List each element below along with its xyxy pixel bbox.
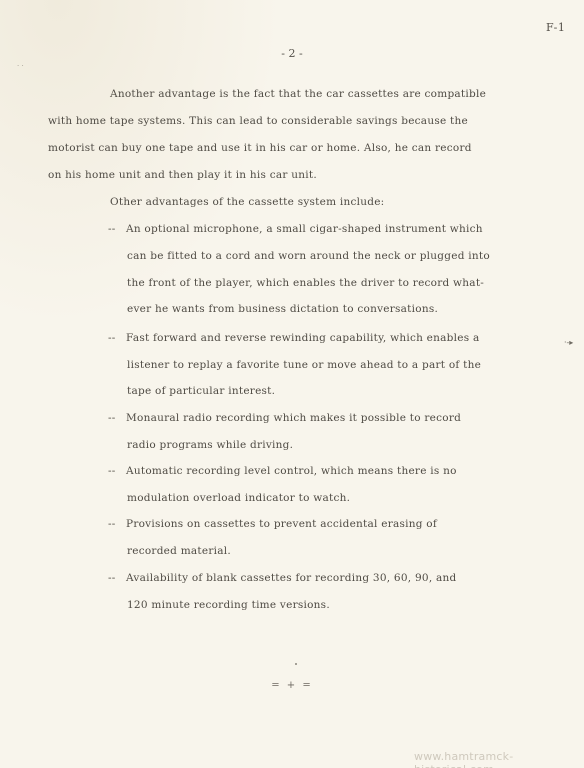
list-item-continuation: can be fitted to a cord and worn around … xyxy=(127,250,490,262)
watermark: www.hamtramck-historical.com xyxy=(414,750,584,768)
list-item-continuation: modulation overload indicator to watch. xyxy=(127,492,350,504)
page-number: - 2 - xyxy=(0,47,584,60)
bullet-dash: -- xyxy=(108,332,126,344)
list-item-continuation: 120 minute recording time versions. xyxy=(127,599,330,611)
paragraph-line: with home tape systems. This can lead to… xyxy=(48,115,468,127)
paragraph-line: on his home unit and then play it in his… xyxy=(48,169,317,181)
list-item-text: Provisions on cassettes to prevent accid… xyxy=(126,518,437,530)
document-page: F-1 - 2 - · · Another advantage is the f… xyxy=(0,0,584,768)
list-item-text: Fast forward and reverse rewinding capab… xyxy=(126,332,479,344)
bullet-dash: -- xyxy=(108,223,126,235)
list-item-text: Monaural radio recording which makes it … xyxy=(126,412,461,424)
paragraph-line: motorist can buy one tape and use it in … xyxy=(48,142,472,154)
list-item-text: Availability of blank cassettes for reco… xyxy=(126,572,457,584)
list-item-text: An optional microphone, a small cigar-sh… xyxy=(126,223,483,235)
list-intro: Other advantages of the cassette system … xyxy=(110,196,384,208)
bullet-dash: -- xyxy=(108,412,126,424)
end-mark: = + = xyxy=(0,680,584,691)
list-item-continuation: tape of particular interest. xyxy=(127,385,275,397)
scan-specks: · · xyxy=(17,62,24,70)
list-item-continuation: radio programs while driving. xyxy=(127,439,293,451)
list-item-continuation: ever he wants from business dictation to… xyxy=(127,303,438,315)
list-item-text: Automatic recording level control, which… xyxy=(126,465,457,477)
list-item: --Fast forward and reverse rewinding cap… xyxy=(108,332,479,344)
list-item-continuation: recorded material. xyxy=(127,545,231,557)
list-item-continuation: listener to replay a favorite tune or mo… xyxy=(127,359,481,371)
list-item: --An optional microphone, a small cigar-… xyxy=(108,223,483,235)
list-item: --Provisions on cassettes to prevent acc… xyxy=(108,518,437,530)
bullet-dash: -- xyxy=(108,572,126,584)
stray-dot xyxy=(295,663,297,665)
bullet-dash: -- xyxy=(108,465,126,477)
list-item: --Automatic recording level control, whi… xyxy=(108,465,457,477)
list-item: --Monaural radio recording which makes i… xyxy=(108,412,461,424)
list-item: --Availability of blank cassettes for re… xyxy=(108,572,457,584)
paragraph-line: Another advantage is the fact that the c… xyxy=(110,88,486,100)
document-id: F-1 xyxy=(546,21,565,34)
margin-mark: ·-▸ xyxy=(564,338,573,347)
bullet-dash: -- xyxy=(108,518,126,530)
list-item-continuation: the front of the player, which enables t… xyxy=(127,277,484,289)
